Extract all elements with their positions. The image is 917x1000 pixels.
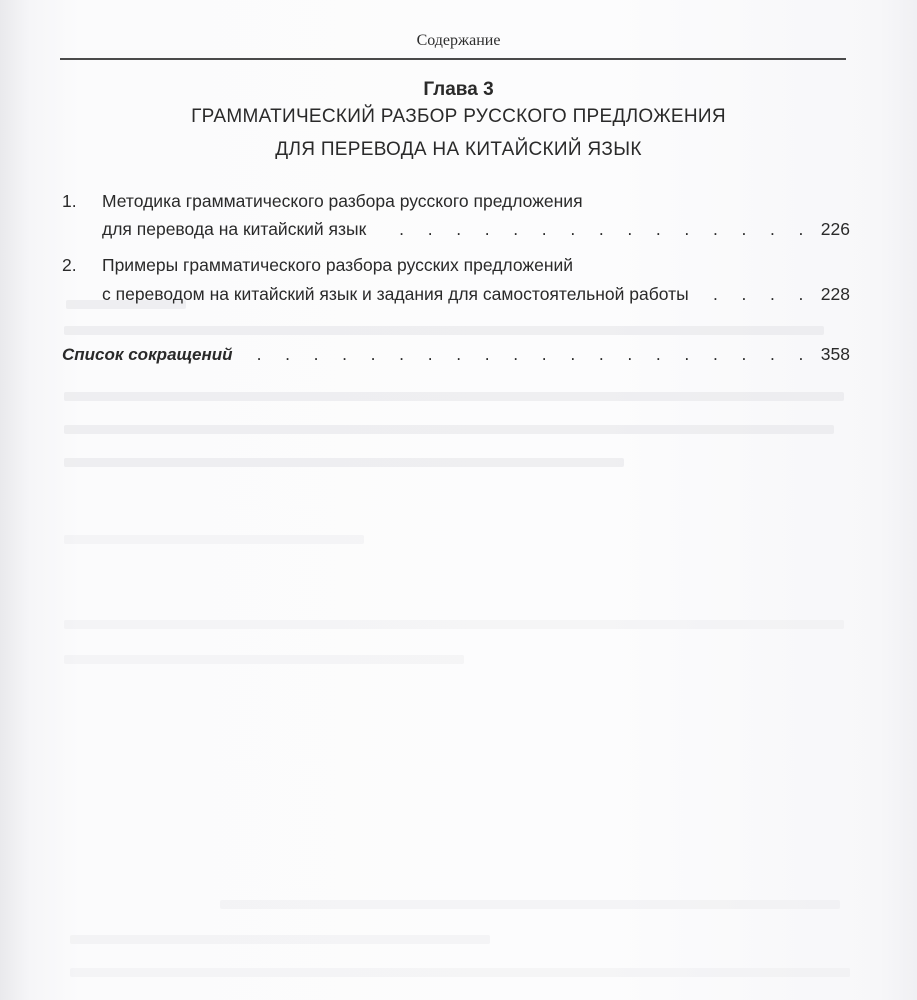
chapter-title-line-2: ДЛЯ ПЕРЕВОДА НА КИТАЙСКИЙ ЯЗЫК (0, 139, 917, 161)
header-rule (60, 58, 846, 60)
dot-leader: . . . . . . . . . . . . . . . . . . . . … (374, 219, 813, 240)
toc-entry-title: Примеры грамматического разбора русских … (102, 255, 573, 276)
chapter-title-line-1: ГРАММАТИЧЕСКИЙ РАЗБОР РУССКОГО ПРЕДЛОЖЕН… (0, 106, 917, 128)
toc-abbreviations-title: Список сокращений (62, 345, 232, 365)
toc-entry-title: Методика грамматического разбора русског… (102, 191, 583, 212)
dot-leader: . . . . . . . . . . . . . . . . . . . . … (697, 284, 813, 305)
toc-entry-title-continued: с переводом на китайский язык и задания … (102, 284, 689, 305)
document-page: Содержание Глава 3 ГРАММАТИЧЕСКИЙ РАЗБОР… (0, 0, 917, 1000)
running-head: Содержание (0, 32, 917, 50)
toc-page-number: 228 (821, 284, 850, 305)
toc-page-number: 226 (821, 219, 850, 240)
toc-page-number: 358 (821, 344, 850, 365)
toc-entry-number: 2. (62, 255, 77, 276)
dot-leader: . . . . . . . . . . . . . . . . . . . . … (246, 344, 812, 365)
chapter-label: Глава 3 (0, 79, 917, 101)
toc-entry-number: 1. (62, 191, 77, 212)
toc-entry-title-continued: для перевода на китайский язык (102, 219, 366, 240)
